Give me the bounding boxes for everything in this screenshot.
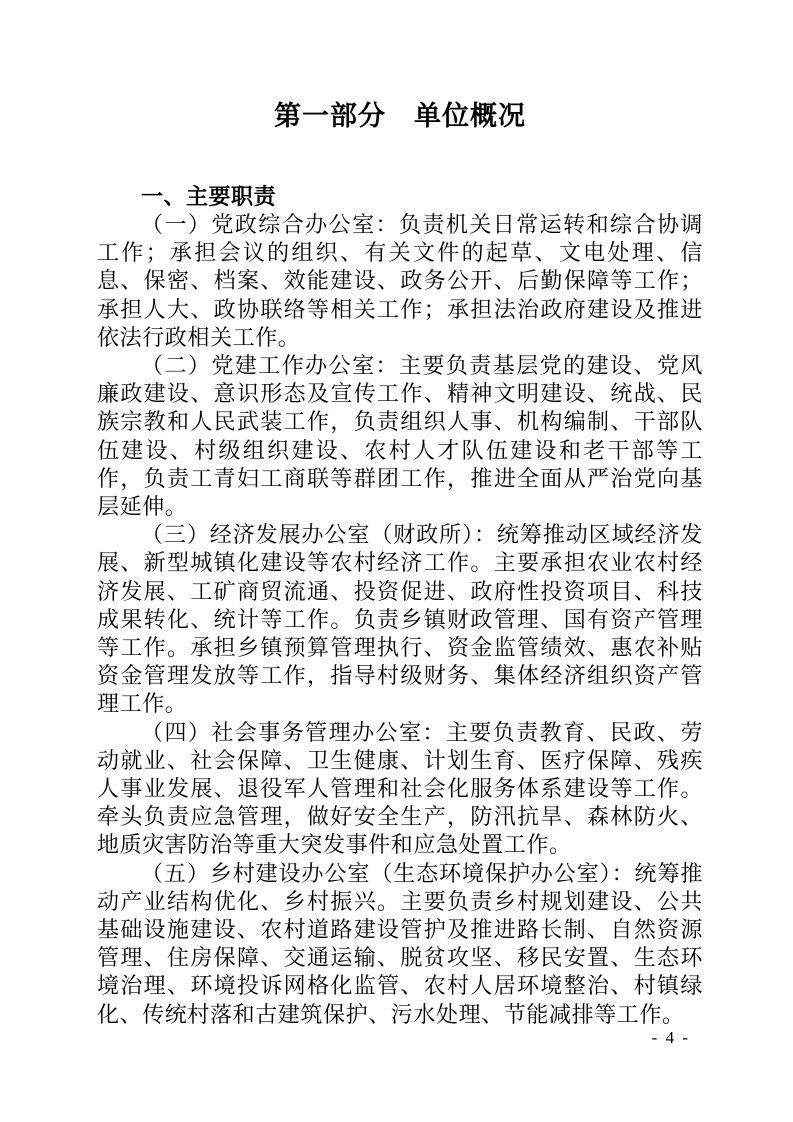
page-title: 第一部分 单位概况 (97, 99, 703, 133)
document-page: 第一部分 单位概况 一、主要职责 （一）党政综合办公室：负责机关日常运转和综合协… (0, 0, 793, 1122)
paragraph-office-1: （一）党政综合办公室：负责机关日常运转和综合协调工作；承担会议的组织、有关文件的… (97, 211, 703, 352)
document-body: （一）党政综合办公室：负责机关日常运转和综合协调工作；承担会议的组织、有关文件的… (97, 211, 703, 1029)
paragraph-office-5: （五）乡村建设办公室（生态环境保护办公室）：统筹推动产业结构优化、乡村振兴。主要… (97, 860, 703, 1029)
paragraph-office-3: （三）经济发展办公室（财政所）：统筹推动区域经济发展、新型城镇化建设等农村经济工… (97, 521, 703, 718)
paragraph-office-2: （二）党建工作办公室：主要负责基层党的建设、党风廉政建设、意识形态及宣传工作、精… (97, 352, 703, 521)
paragraph-office-4: （四）社会事务管理办公室：主要负责教育、民政、劳动就业、社会保障、卫生健康、计划… (97, 719, 703, 860)
page-number: - 4 - (652, 1028, 690, 1048)
section-heading-main-duties: 一、主要职责 (97, 183, 703, 211)
